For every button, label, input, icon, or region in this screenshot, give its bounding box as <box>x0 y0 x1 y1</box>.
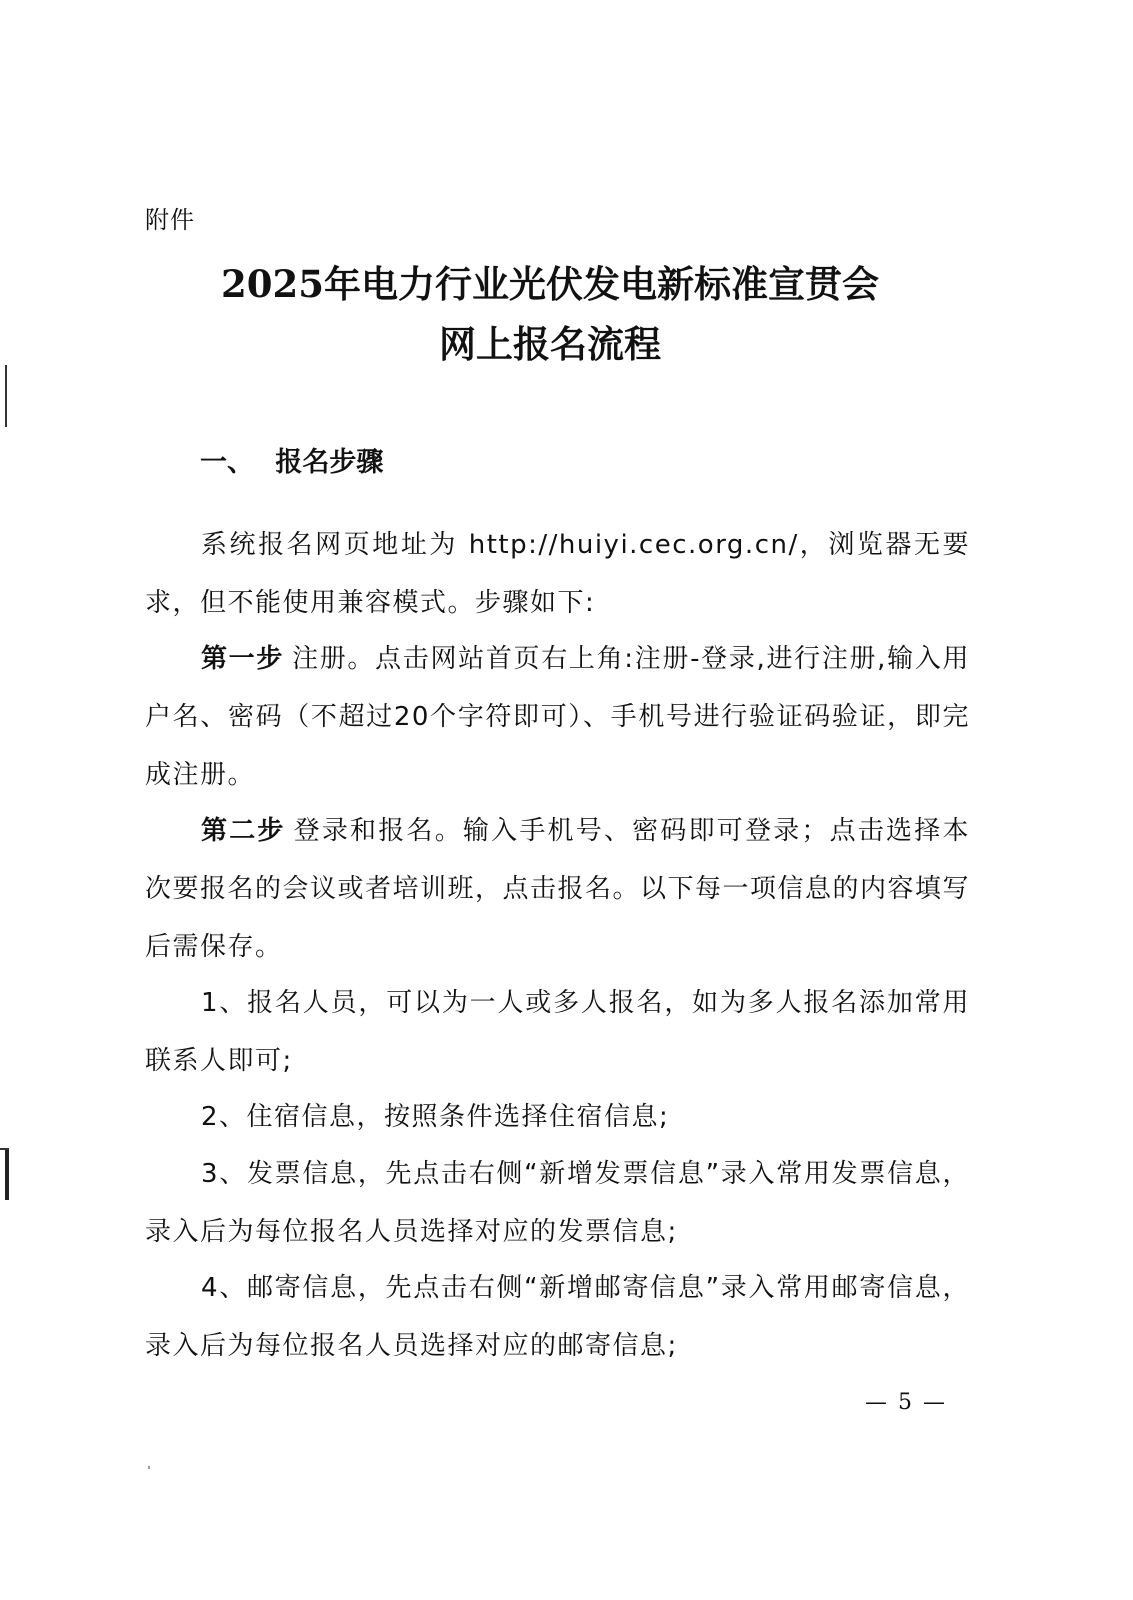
intro-paragraph: 系统报名网页地址为 http://huiyi.cec.org.cn/，浏览器无要… <box>145 516 970 632</box>
list-item: 4、邮寄信息，先点击右侧“新增邮寄信息”录入常用邮寄信息，录入后为每位报名人员选… <box>145 1259 970 1375</box>
list-item: 1、报名人员，可以为一人或多人报名，如为多人报名添加常用联系人即可; <box>145 974 970 1090</box>
item2-text: 2、住宿信息，按照条件选择住宿信息; <box>201 1102 669 1132</box>
step2-paragraph: 第二步登录和报名。输入手机号、密码即可登录；点击选择本次要报名的会议或者培训班，… <box>145 802 970 976</box>
list-item: 2、住宿信息，按照条件选择住宿信息; <box>145 1088 970 1146</box>
document-title: 2025年电力行业光伏发电新标准宣贯会 <box>0 254 1100 308</box>
binding-margin-tick <box>0 1148 9 1150</box>
step2-label: 第二步 <box>201 816 286 846</box>
step1-label: 第一步 <box>201 644 284 674</box>
attachment-label: 附件 <box>145 200 195 235</box>
document-page: 附件 2025年电力行业光伏发电新标准宣贯会 网上报名流程 一、 报名步骤 系统… <box>0 0 1133 1600</box>
intro-text: 系统报名网页地址为 http://huiyi.cec.org.cn/，浏览器无要… <box>145 530 970 618</box>
item3-text: 3、发票信息，先点击右侧“新增发票信息”录入常用发票信息，录入后为每位报名人员选… <box>145 1159 970 1247</box>
document-subtitle: 网上报名流程 <box>0 314 1100 368</box>
step1-paragraph: 第一步注册。点击网站首页右上角:注册-登录,进行注册,输入用户名、密码（不超过2… <box>145 630 970 804</box>
binding-margin-mark <box>5 365 7 427</box>
scan-artifact <box>148 1466 150 1469</box>
item1-text: 1、报名人员，可以为一人或多人报名，如为多人报名添加常用联系人即可; <box>145 988 970 1076</box>
section-heading: 一、 报名步骤 <box>200 440 383 479</box>
page-number: — 5 — <box>865 1390 947 1415</box>
item4-text: 4、邮寄信息，先点击右侧“新增邮寄信息”录入常用邮寄信息，录入后为每位报名人员选… <box>145 1273 970 1361</box>
list-item: 3、发票信息，先点击右侧“新增发票信息”录入常用发票信息，录入后为每位报名人员选… <box>145 1145 970 1261</box>
binding-margin-mark <box>5 1148 9 1200</box>
